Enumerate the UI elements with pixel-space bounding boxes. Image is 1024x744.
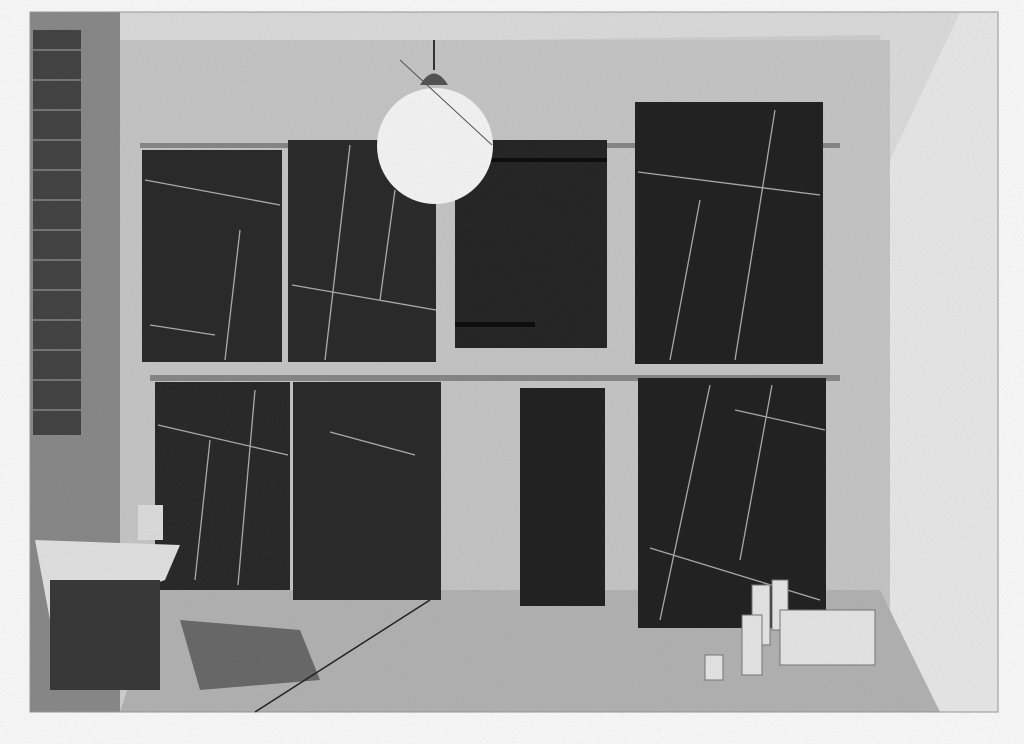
- cup: [138, 505, 163, 540]
- pendant-lamp: [377, 88, 493, 204]
- panel-7: [520, 388, 605, 606]
- window-blinds: [33, 30, 81, 435]
- panel-4: [635, 102, 823, 364]
- panel-6: [293, 382, 441, 600]
- photo-collage: [0, 0, 1024, 744]
- box: [180, 620, 320, 690]
- panel-1: [142, 150, 282, 362]
- panel-5: [155, 382, 290, 590]
